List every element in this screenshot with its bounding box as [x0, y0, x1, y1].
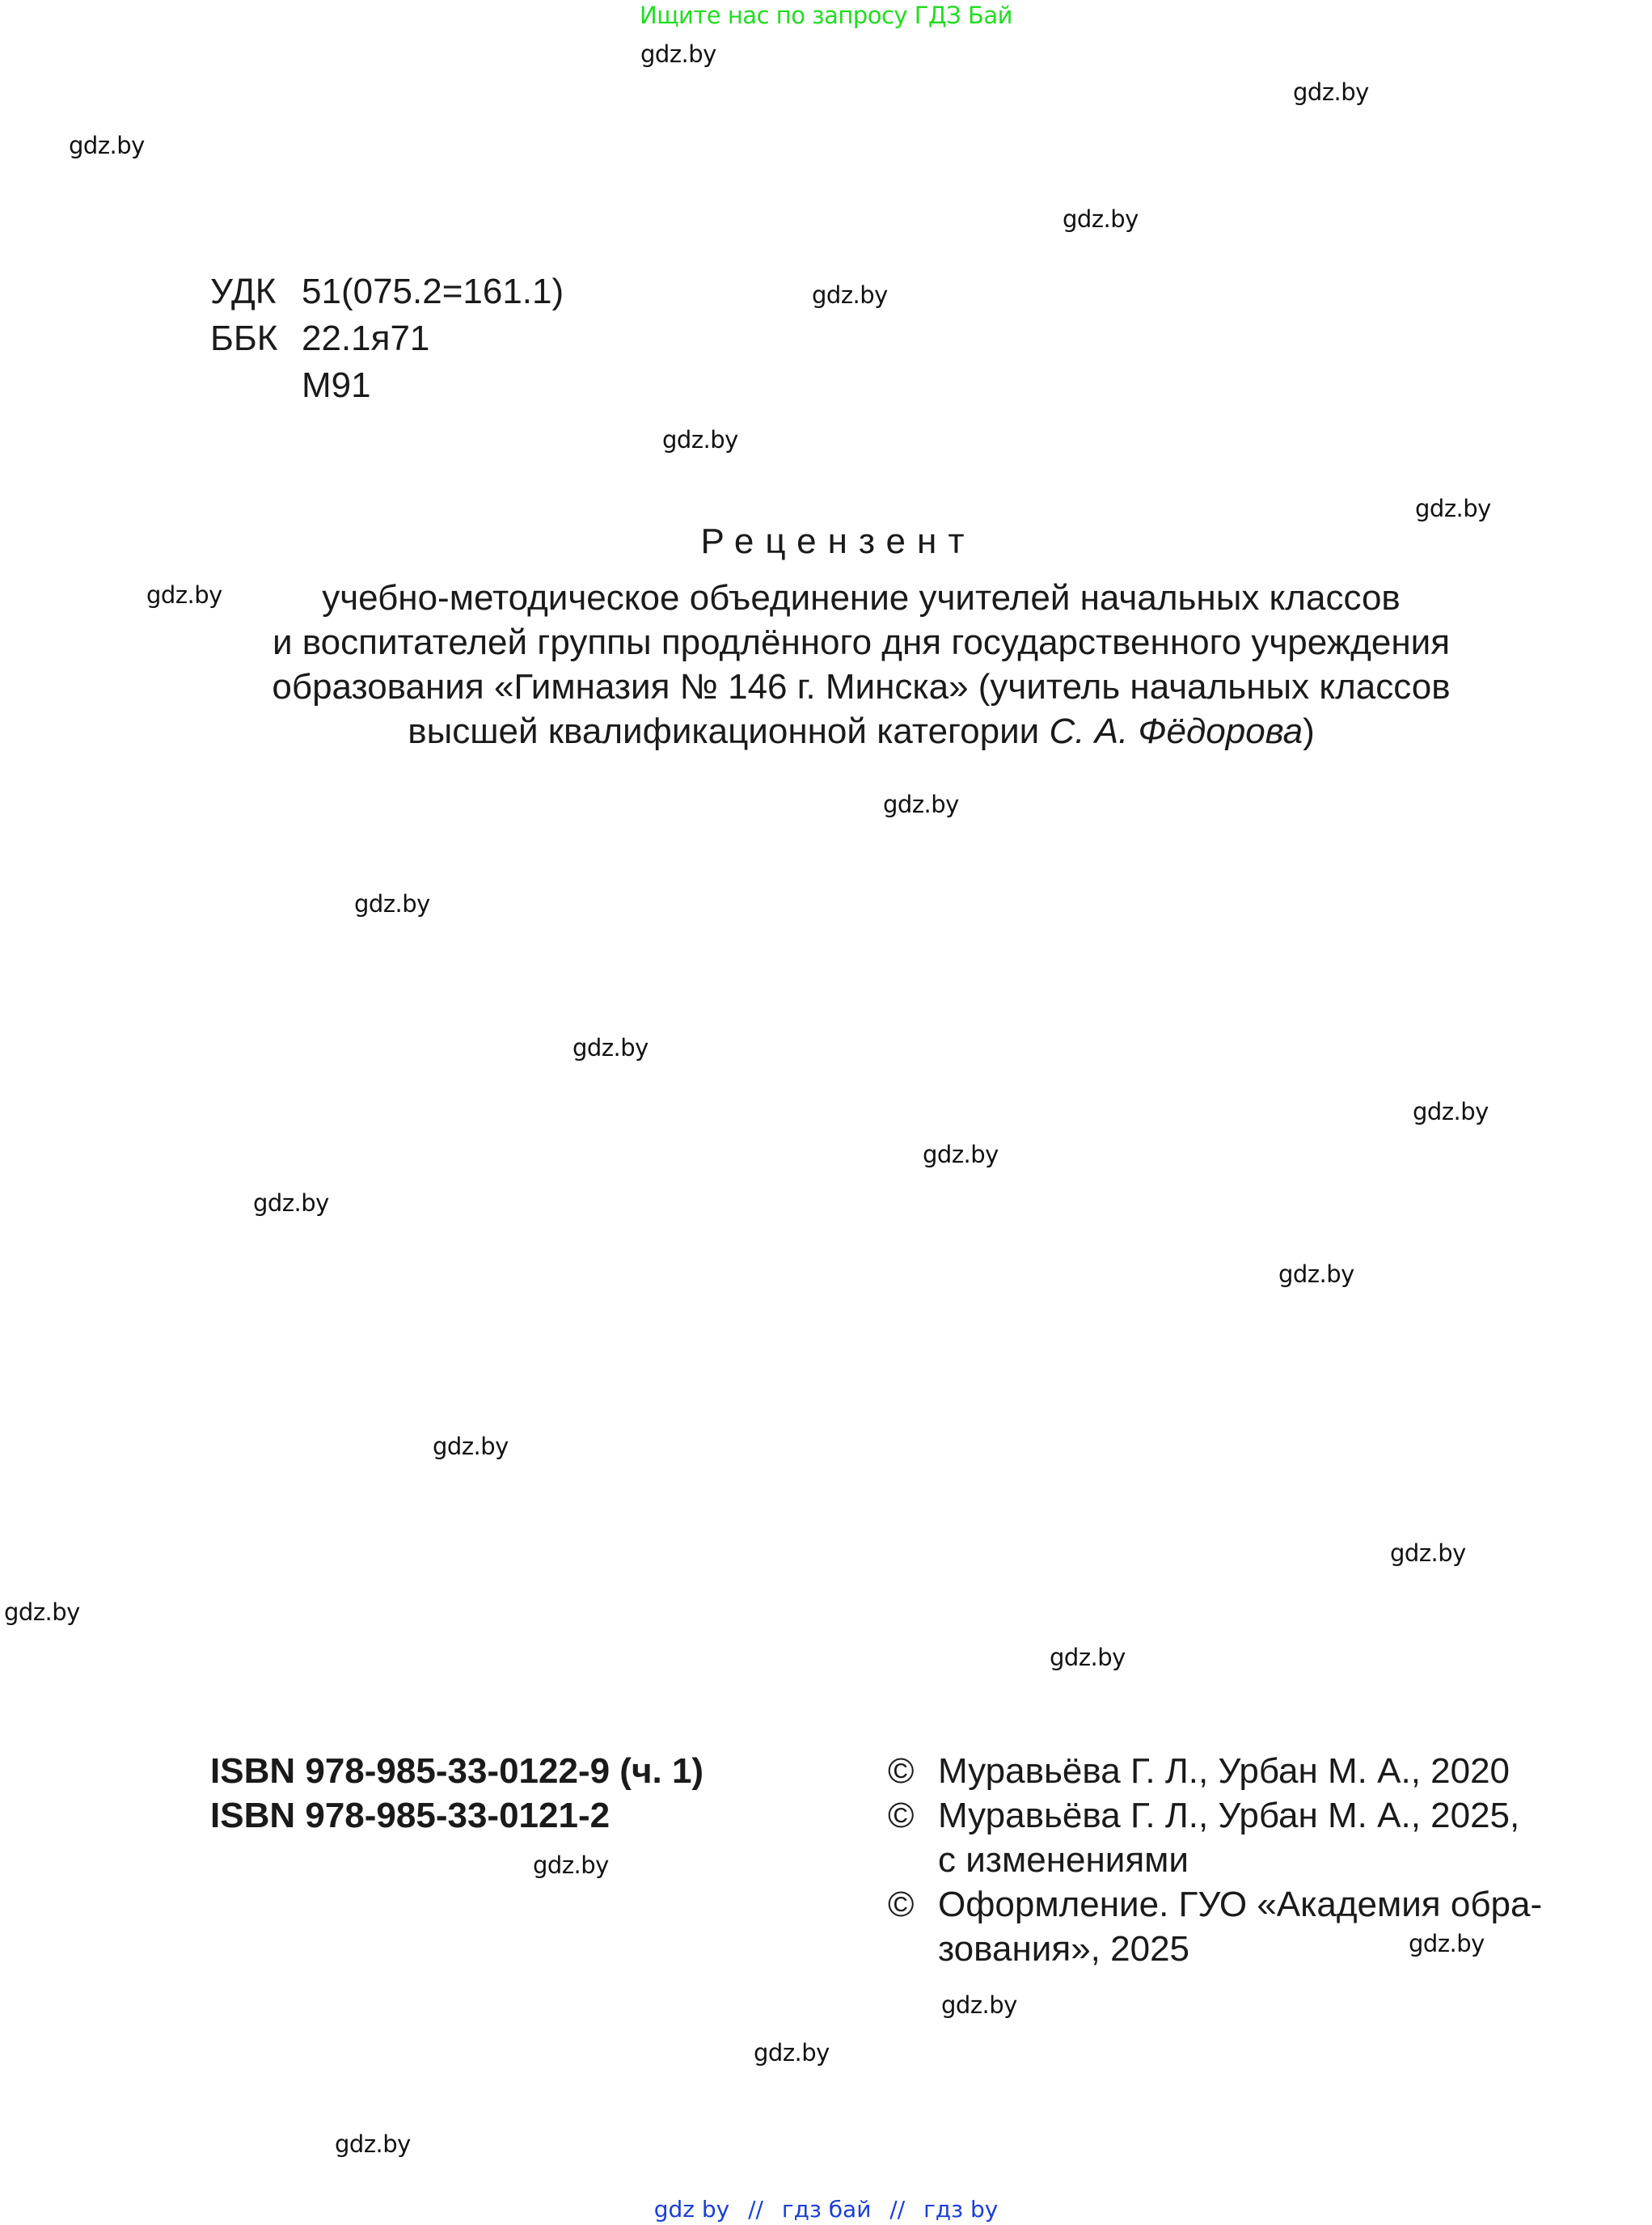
watermark: gdz.by — [433, 1433, 509, 1460]
copyright-text: зования», 2025 — [938, 1927, 1542, 1971]
copyright-item: © Муравьёва Г. Л., Урбан М. А., 2025, с … — [888, 1793, 1542, 1882]
search-hint-banner: Ищите нас по запросу ГДЗ Бай — [0, 2, 1652, 29]
watermark: gdz.by — [941, 1991, 1017, 2019]
watermark: gdz.by — [923, 1141, 999, 1168]
author-mark-row: М91 — [210, 362, 564, 409]
reviewer-text: учебно-методическое объединение учителей… — [226, 576, 1496, 754]
bbk-row: ББК 22.1я71 — [210, 315, 564, 362]
copyright-block: © Муравьёва Г. Л., Урбан М. А., 2020 © М… — [888, 1749, 1542, 1971]
watermark: gdz.by — [640, 40, 716, 68]
watermark: gdz.by — [1390, 1539, 1466, 1567]
watermark: gdz.by — [253, 1189, 329, 1217]
classification-codes: УДК 51(075.2=161.1) ББК 22.1я71 М91 — [210, 268, 564, 409]
watermark: gdz.by — [533, 1851, 609, 1879]
isbn-block: ISBN 978-985-33-0122-9 (ч. 1) ISBN 978-9… — [210, 1749, 703, 1838]
udk-row: УДК 51(075.2=161.1) — [210, 268, 564, 315]
isbn-set: ISBN 978-985-33-0121-2 — [210, 1793, 703, 1838]
classification-value: М91 — [302, 362, 371, 409]
footer-separator: // — [748, 2196, 763, 2223]
watermark: gdz.by — [812, 281, 888, 309]
copyright-symbol-icon: © — [888, 1882, 938, 1971]
reviewer-line: учебно-методическое объединение учителей… — [226, 576, 1496, 620]
classification-value: 51(075.2=161.1) — [302, 268, 564, 315]
reviewer-line: образования «Гимназия № 146 г. Минска» (… — [226, 665, 1496, 709]
copyright-symbol-icon: © — [888, 1793, 938, 1882]
footer-links: gdz by // гдз бай // гдз by — [0, 2196, 1652, 2223]
watermark: gdz.by — [1050, 1644, 1126, 1671]
watermark: gdz.by — [354, 890, 430, 918]
copyright-symbol-icon: © — [888, 1749, 938, 1793]
footer-link-gdz-bai[interactable]: гдз бай — [782, 2196, 871, 2223]
reviewer-line-last: высшей квалификационной категории С. А. … — [226, 709, 1496, 754]
watermark: gdz.by — [1293, 78, 1369, 106]
copyright-text: с изменениями — [938, 1838, 1519, 1882]
watermark: gdz.by — [335, 2130, 411, 2158]
reviewer-line: высшей квалификационной категории — [408, 711, 1049, 751]
copyright-text: Муравьёва Г. Л., Урбан М. А., 2020 — [938, 1749, 1510, 1793]
watermark: gdz.by — [1063, 205, 1139, 233]
footer-link-gdz-by[interactable]: gdz by — [654, 2196, 730, 2223]
watermark: gdz.by — [1413, 1098, 1489, 1125]
reviewer-line: и воспитателей группы продлённого дня го… — [226, 620, 1496, 665]
copyright-text: Оформление. ГУО «Академия обра- — [938, 1882, 1542, 1927]
watermark: gdz.by — [883, 791, 959, 818]
watermark: gdz.by — [754, 2039, 830, 2067]
watermark: gdz.by — [69, 132, 145, 159]
watermark: gdz.by — [1278, 1260, 1354, 1288]
watermark: gdz.by — [662, 426, 738, 454]
copyright-item: © Муравьёва Г. Л., Урбан М. А., 2020 — [888, 1749, 1542, 1793]
watermark: gdz.by — [1415, 495, 1491, 522]
watermark: gdz.by — [572, 1034, 649, 1062]
copyright-item: © Оформление. ГУО «Академия обра- зовани… — [888, 1882, 1542, 1971]
copyright-text: Муравьёва Г. Л., Урбан М. А., 2025, — [938, 1793, 1519, 1838]
watermark: gdz.by — [4, 1598, 80, 1626]
reviewer-name: С. А. Фёдорова — [1049, 711, 1303, 751]
classification-key — [210, 362, 302, 409]
footer-link-gdz-by-cyr[interactable]: гдз by — [923, 2196, 998, 2223]
watermark: gdz.by — [146, 581, 222, 609]
classification-key: ББК — [210, 315, 302, 362]
footer-separator: // — [889, 2196, 905, 2223]
reviewer-heading: Рецензент — [0, 521, 1652, 562]
isbn-part: ISBN 978-985-33-0122-9 (ч. 1) — [210, 1749, 703, 1793]
classification-value: 22.1я71 — [302, 315, 429, 362]
classification-key: УДК — [210, 268, 302, 315]
reviewer-closing: ) — [1303, 711, 1315, 751]
